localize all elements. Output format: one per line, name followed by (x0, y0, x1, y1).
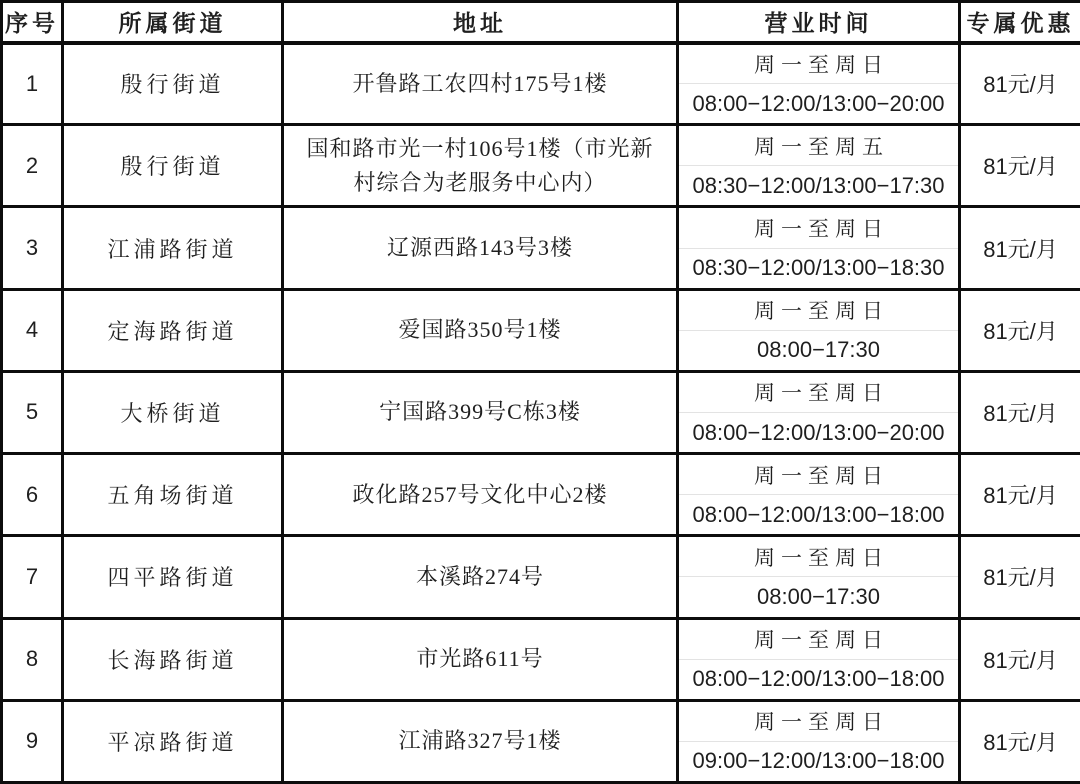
col-header-discount: 专属优惠 (960, 2, 1080, 43)
cell-hours: 周一至周日 08:00−17:30 (678, 536, 960, 618)
hours-time: 08:30−12:00/13:00−18:30 (679, 249, 958, 288)
col-header-hours: 营业时间 (678, 2, 960, 43)
cell-hours: 周一至周日 08:00−12:00/13:00−20:00 (678, 371, 960, 453)
cell-discount: 81元/月 (960, 207, 1080, 289)
cell-discount: 81元/月 (960, 43, 1080, 125)
table-row: 6 五角场街道 政化路257号文化中心2楼 周一至周日 08:00−12:00/… (2, 454, 1080, 536)
store-table: 序号 所属街道 地址 营业时间 专属优惠 1 殷行街道 开鲁路工农四村175号1… (0, 0, 1080, 784)
col-header-street: 所属街道 (63, 2, 283, 43)
cell-index: 9 (2, 700, 63, 782)
hours-days: 周一至周日 (679, 620, 958, 659)
hours-wrap: 周一至周日 08:00−12:00/13:00−20:00 (679, 373, 958, 452)
cell-discount: 81元/月 (960, 371, 1080, 453)
table-row: 3 江浦路街道 辽源西路143号3楼 周一至周日 08:30−12:00/13:… (2, 207, 1080, 289)
hours-days: 周一至周日 (679, 45, 958, 84)
table-row: 9 平凉路街道 江浦路327号1楼 周一至周日 09:00−12:00/13:0… (2, 700, 1080, 782)
table-row: 1 殷行街道 开鲁路工农四村175号1楼 周一至周日 08:00−12:00/1… (2, 43, 1080, 125)
table-row: 8 长海路街道 市光路611号 周一至周日 08:00−12:00/13:00−… (2, 618, 1080, 700)
cell-address: 本溪路274号 (283, 536, 678, 618)
cell-discount: 81元/月 (960, 618, 1080, 700)
cell-street: 平凉路街道 (63, 700, 283, 782)
cell-address: 爱国路350号1楼 (283, 289, 678, 371)
hours-wrap: 周一至周日 08:00−17:30 (679, 291, 958, 370)
table-row: 2 殷行街道 国和路市光一村106号1楼（市光新村综合为老服务中心内） 周一至周… (2, 125, 1080, 207)
hours-time: 08:00−12:00/13:00−20:00 (679, 413, 958, 452)
cell-address: 政化路257号文化中心2楼 (283, 454, 678, 536)
cell-discount: 81元/月 (960, 536, 1080, 618)
cell-discount: 81元/月 (960, 289, 1080, 371)
cell-discount: 81元/月 (960, 125, 1080, 207)
cell-street: 大桥街道 (63, 371, 283, 453)
cell-street: 殷行街道 (63, 125, 283, 207)
cell-address: 辽源西路143号3楼 (283, 207, 678, 289)
cell-hours: 周一至周日 08:00−12:00/13:00−18:00 (678, 454, 960, 536)
cell-street: 定海路街道 (63, 289, 283, 371)
header-row: 序号 所属街道 地址 营业时间 专属优惠 (2, 2, 1080, 43)
cell-street: 五角场街道 (63, 454, 283, 536)
hours-wrap: 周一至周日 09:00−12:00/13:00−18:00 (679, 702, 958, 781)
hours-wrap: 周一至周日 08:30−12:00/13:00−18:30 (679, 208, 958, 287)
cell-address: 市光路611号 (283, 618, 678, 700)
hours-time: 08:00−12:00/13:00−20:00 (679, 84, 958, 123)
cell-hours: 周一至周日 09:00−12:00/13:00−18:00 (678, 700, 960, 782)
col-header-index: 序号 (2, 2, 63, 43)
page: 序号 所属街道 地址 营业时间 专属优惠 1 殷行街道 开鲁路工农四村175号1… (0, 0, 1080, 784)
cell-address: 国和路市光一村106号1楼（市光新村综合为老服务中心内） (283, 125, 678, 207)
hours-time: 08:00−17:30 (679, 577, 958, 616)
cell-hours: 周一至周日 08:00−12:00/13:00−20:00 (678, 43, 960, 125)
cell-hours: 周一至周日 08:30−12:00/13:00−18:30 (678, 207, 960, 289)
table-row: 5 大桥街道 宁国路399号C栋3楼 周一至周日 08:00−12:00/13:… (2, 371, 1080, 453)
table-header: 序号 所属街道 地址 营业时间 专属优惠 (2, 2, 1080, 43)
cell-address: 开鲁路工农四村175号1楼 (283, 43, 678, 125)
hours-days: 周一至周日 (679, 291, 958, 330)
cell-discount: 81元/月 (960, 454, 1080, 536)
cell-address: 宁国路399号C栋3楼 (283, 371, 678, 453)
hours-days: 周一至周日 (679, 702, 958, 741)
cell-discount: 81元/月 (960, 700, 1080, 782)
cell-index: 5 (2, 371, 63, 453)
hours-days: 周一至周日 (679, 455, 958, 494)
cell-index: 1 (2, 43, 63, 125)
table-row: 7 四平路街道 本溪路274号 周一至周日 08:00−17:30 81元/月 (2, 536, 1080, 618)
hours-days: 周一至周日 (679, 373, 958, 412)
hours-time: 09:00−12:00/13:00−18:00 (679, 742, 958, 781)
hours-time: 08:00−17:30 (679, 331, 958, 370)
hours-wrap: 周一至周日 08:00−12:00/13:00−18:00 (679, 620, 958, 699)
cell-address: 江浦路327号1楼 (283, 700, 678, 782)
hours-wrap: 周一至周五 08:30−12:00/13:00−17:30 (679, 126, 958, 205)
table-row: 4 定海路街道 爱国路350号1楼 周一至周日 08:00−17:30 81元/… (2, 289, 1080, 371)
cell-index: 4 (2, 289, 63, 371)
cell-street: 江浦路街道 (63, 207, 283, 289)
hours-days: 周一至周五 (679, 126, 958, 165)
table-body: 1 殷行街道 开鲁路工农四村175号1楼 周一至周日 08:00−12:00/1… (2, 43, 1080, 783)
cell-index: 3 (2, 207, 63, 289)
col-header-address: 地址 (283, 2, 678, 43)
cell-street: 殷行街道 (63, 43, 283, 125)
cell-index: 8 (2, 618, 63, 700)
hours-time: 08:00−12:00/13:00−18:00 (679, 495, 958, 534)
hours-wrap: 周一至周日 08:00−17:30 (679, 537, 958, 616)
hours-time: 08:30−12:00/13:00−17:30 (679, 166, 958, 205)
hours-days: 周一至周日 (679, 537, 958, 576)
cell-street: 四平路街道 (63, 536, 283, 618)
hours-wrap: 周一至周日 08:00−12:00/13:00−18:00 (679, 455, 958, 534)
cell-hours: 周一至周五 08:30−12:00/13:00−17:30 (678, 125, 960, 207)
hours-wrap: 周一至周日 08:00−12:00/13:00−20:00 (679, 45, 958, 124)
cell-hours: 周一至周日 08:00−12:00/13:00−18:00 (678, 618, 960, 700)
cell-street: 长海路街道 (63, 618, 283, 700)
cell-index: 2 (2, 125, 63, 207)
cell-index: 6 (2, 454, 63, 536)
cell-index: 7 (2, 536, 63, 618)
hours-time: 08:00−12:00/13:00−18:00 (679, 660, 958, 699)
hours-days: 周一至周日 (679, 208, 958, 247)
cell-hours: 周一至周日 08:00−17:30 (678, 289, 960, 371)
